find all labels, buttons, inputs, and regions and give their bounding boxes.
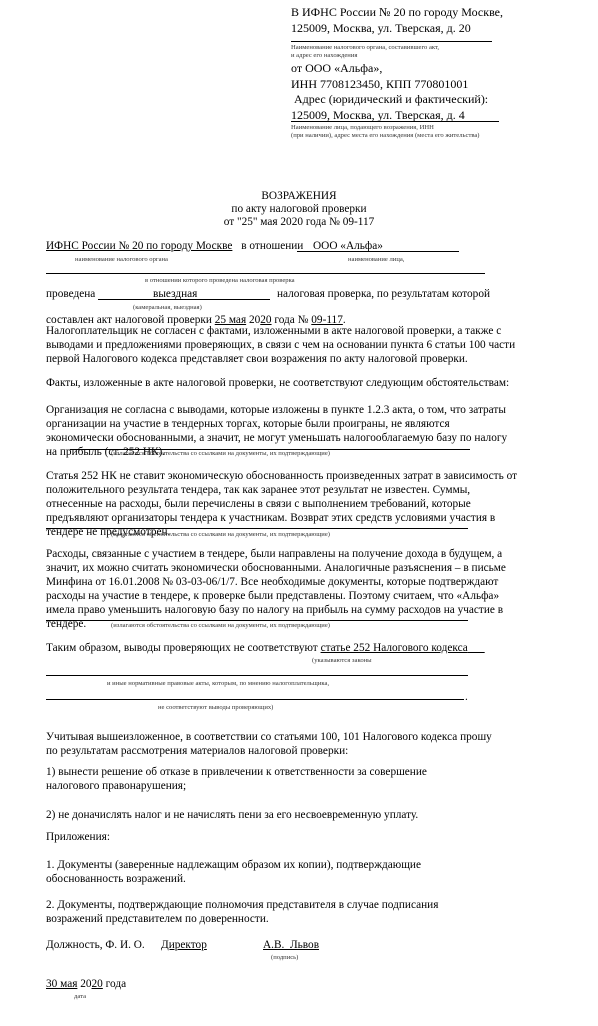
title-heading: ВОЗРАЖЕНИЯ <box>0 190 598 203</box>
hint-circumstances: (излагаются обстоятельства со ссылками н… <box>111 531 330 539</box>
divider <box>46 675 468 676</box>
addressee-from-hint: Наименование лица, подающего возражения,… <box>291 124 479 140</box>
hint-text: Наименование лица, подающего возражения,… <box>291 124 479 132</box>
addressee-from-line: от ООО «Альфа», <box>291 61 488 77</box>
taxpayer-name: ООО «Альфа» <box>313 239 383 253</box>
addressee-from: от ООО «Альфа», ИНН 7708123450, КПП 7708… <box>291 61 488 123</box>
hint-text: Наименование налогового органа, составив… <box>291 44 439 52</box>
hint-text: (при наличии), адрес места его нахождени… <box>291 132 479 140</box>
audit-type: выездная <box>153 287 197 301</box>
hint-date: дата <box>74 993 86 1001</box>
signature-label: Должность, Ф. И. О. <box>46 938 145 952</box>
paragraph-3: Расходы, связанные с участием в тендере,… <box>46 547 526 631</box>
audit-rest: налоговая проверка, по результатам котор… <box>277 287 490 301</box>
conducted-label: проведена <box>46 287 95 301</box>
date-year-post: 20 <box>92 978 103 990</box>
in-relation-label: в отношении <box>241 240 303 252</box>
period: . <box>465 690 468 704</box>
attachment-1: 1. Документы (заверенные надлежащим обра… <box>46 858 496 886</box>
addressee-to-hint: Наименование налогового органа, составив… <box>291 44 439 60</box>
addressee-from-line: ИНН 7708123450, КПП 770801001 <box>291 77 488 93</box>
paragraph-facts: Факты, изложенные в акте налоговой прове… <box>46 376 546 390</box>
addressee-to-line: В ИФНС России № 20 по городу Москве, <box>291 5 503 21</box>
addressee-to-line: 125009, Москва, ул. Тверская, д. 20 <box>291 21 503 37</box>
thus-line: Таким образом, выводы проверяющих не соо… <box>46 641 485 655</box>
attachments-title: Приложения: <box>46 830 546 844</box>
signature-date: 30 мая 2020 года <box>46 977 126 991</box>
date-suffix: года <box>103 978 126 990</box>
hint-person-2: в отношении которого проведена налоговая… <box>145 277 295 285</box>
hint-laws-1: (указываются законы <box>312 657 372 665</box>
hint-text: и адрес его нахождения <box>291 52 439 60</box>
paragraph-disagree: Налогоплательщик не согласен с фактами, … <box>46 324 516 366</box>
request-item-2: 2) не доначислять налог и не начислять п… <box>46 808 546 822</box>
divider <box>291 41 492 42</box>
title-date-line: от "25" мая 2020 года № 09-117 <box>0 216 598 229</box>
signature-name: А.В. Львов <box>263 938 319 952</box>
hint-authority: наименование налогового органа <box>75 256 168 264</box>
divider <box>291 121 499 122</box>
divider <box>46 528 468 529</box>
divider <box>46 620 468 621</box>
title-subtitle: по акту налоговой проверки <box>0 203 598 216</box>
date-year-pre: 20 <box>77 978 91 990</box>
document-title: ВОЗРАЖЕНИЯ по акту налоговой проверки от… <box>0 190 598 229</box>
divider <box>46 699 464 700</box>
addressee-from-line: Адрес (юридический и фактический): <box>291 92 488 108</box>
attachment-2: 2. Документы, подтверждающие полномочия … <box>46 898 491 926</box>
hint-person: наименование лица, <box>348 256 404 264</box>
tax-authority-line: ИФНС России № 20 по городу Москве в отно… <box>46 239 303 253</box>
paragraph-request: Учитывая вышеизложенное, в соответствии … <box>46 730 496 758</box>
addressee-to: В ИФНС России № 20 по городу Москве, 125… <box>291 5 503 36</box>
hint-laws-3: не соответствуют выводы проверяющих) <box>158 704 273 712</box>
hint-audit-type: (камеральная, выездная) <box>133 304 202 312</box>
date-day-month: 30 мая <box>46 978 77 990</box>
signature-position: Директор <box>161 938 211 952</box>
thus-law: статье 252 Налогового кодекса <box>321 642 468 654</box>
hint-circumstances: (излагаются обстоятельства со ссылками н… <box>111 622 330 630</box>
hint-laws-2: и иные нормативные правовые акты, которы… <box>107 680 329 688</box>
divider <box>46 273 485 274</box>
hint-circumstances: (излагаются обстоятельства со ссылками н… <box>111 450 330 458</box>
tax-authority-name: ИФНС России № 20 по городу Москве <box>46 240 232 252</box>
thus-prefix: Таким образом, выводы проверяющих не соо… <box>46 642 321 654</box>
request-item-1: 1) вынести решение об отказе в привлечен… <box>46 765 466 793</box>
hint-signature: (подпись) <box>271 954 298 962</box>
